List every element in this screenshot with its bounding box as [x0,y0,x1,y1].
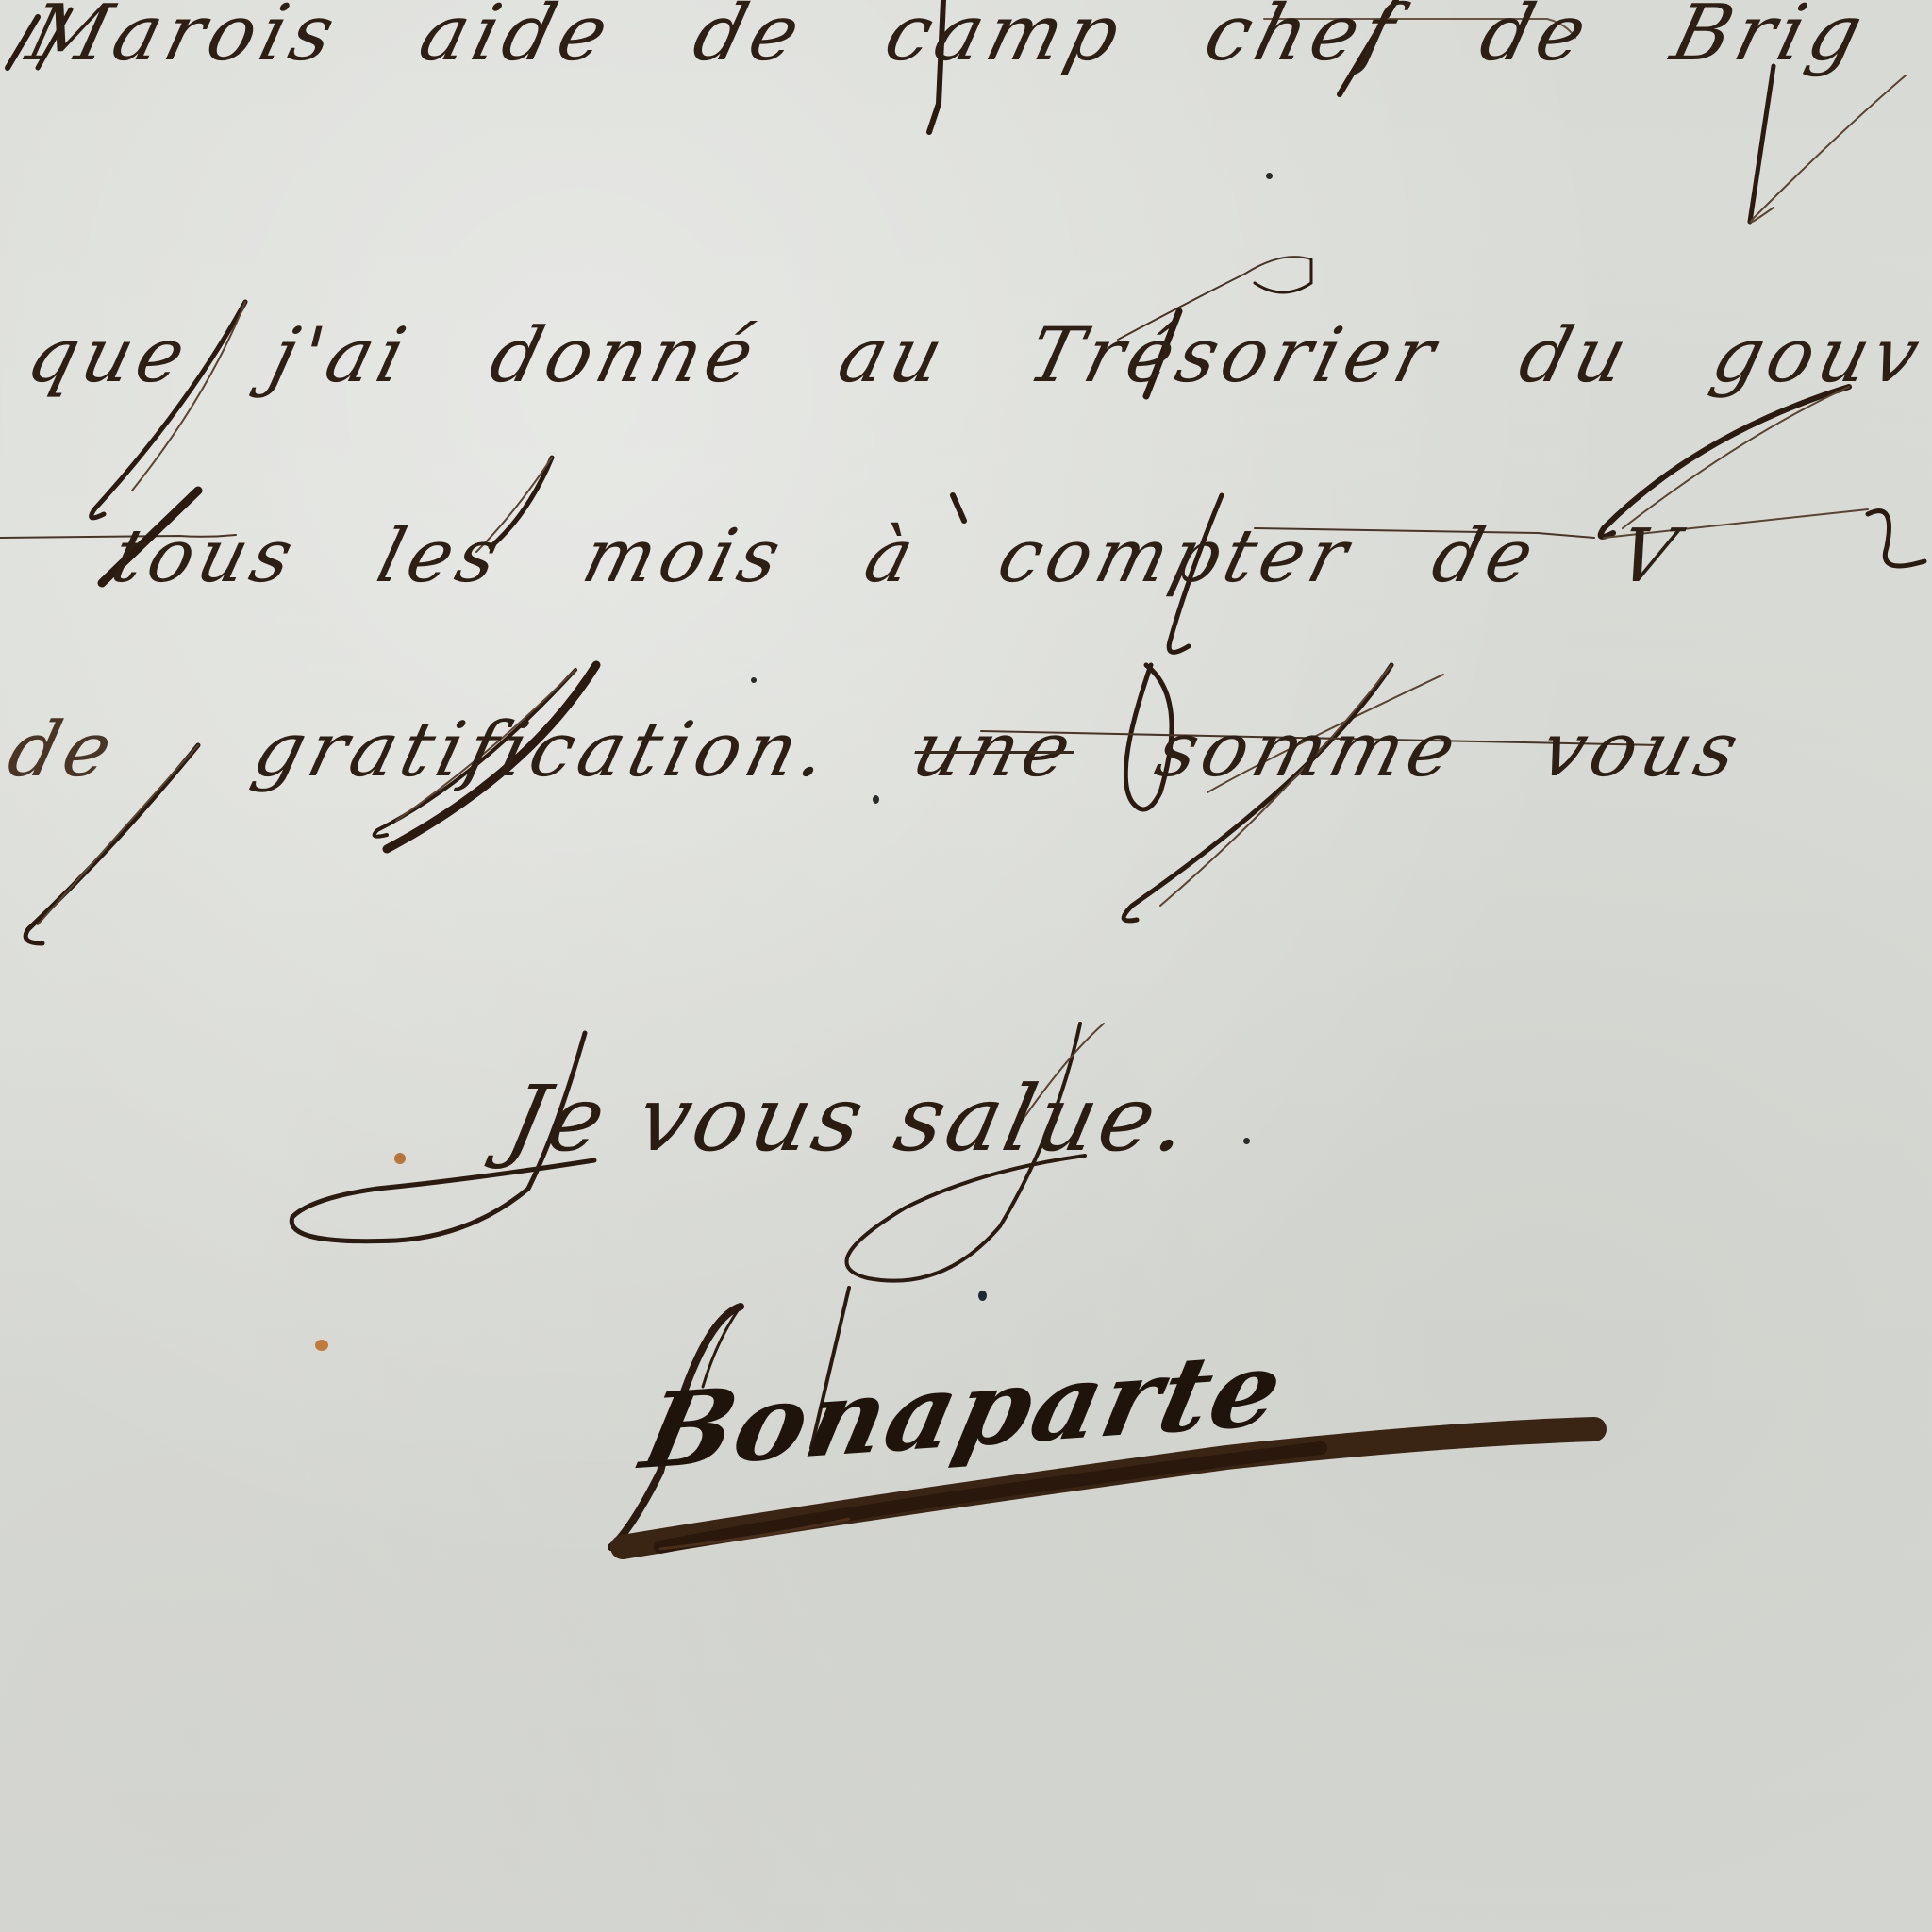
word: de [1424,514,1547,599]
word: Trésorier [1020,311,1449,399]
letter-line-1: Marois aide de camp chef de Brig [19,0,1931,78]
word: Marois [19,0,348,78]
word: tous [104,514,307,599]
letter-line-3: tous les mois à compter de V [104,514,1744,599]
ink-spot [978,1291,987,1301]
ink-spot [1243,1138,1250,1144]
ink-spot [873,795,879,804]
word: chef [1196,0,1408,78]
word: de [0,706,126,793]
word: gouv [1704,311,1932,399]
word: camp [876,0,1134,78]
word: Brig [1663,0,1876,78]
word: les [369,514,512,599]
word: mois [575,514,793,599]
ink-spot [751,677,757,683]
word: j'ai [262,311,420,399]
letter-line-2: que j'ai donné au Trésorier du gouv [19,311,1932,399]
word: V [1609,514,1690,599]
word: de [685,0,814,78]
word: donné [482,311,768,399]
word: au [830,311,957,399]
word: du [1511,311,1641,399]
word: à [857,514,927,599]
word: que [19,311,199,399]
word: somme [1148,706,1470,793]
ink-spot [1266,173,1273,179]
ink-spot [394,1153,406,1164]
paper-background [0,0,1932,1932]
closing-salutation: Je vous salue. [498,1066,1202,1172]
word: gratification. [245,706,842,793]
word: aide [411,0,623,78]
word: de [1472,0,1601,78]
letter-line-4: de gratification. une somme vous [0,706,1807,793]
ink-spot [315,1340,328,1351]
word: compter [990,514,1361,599]
struck-word: une [905,706,1086,793]
word: vous [1532,706,1752,793]
